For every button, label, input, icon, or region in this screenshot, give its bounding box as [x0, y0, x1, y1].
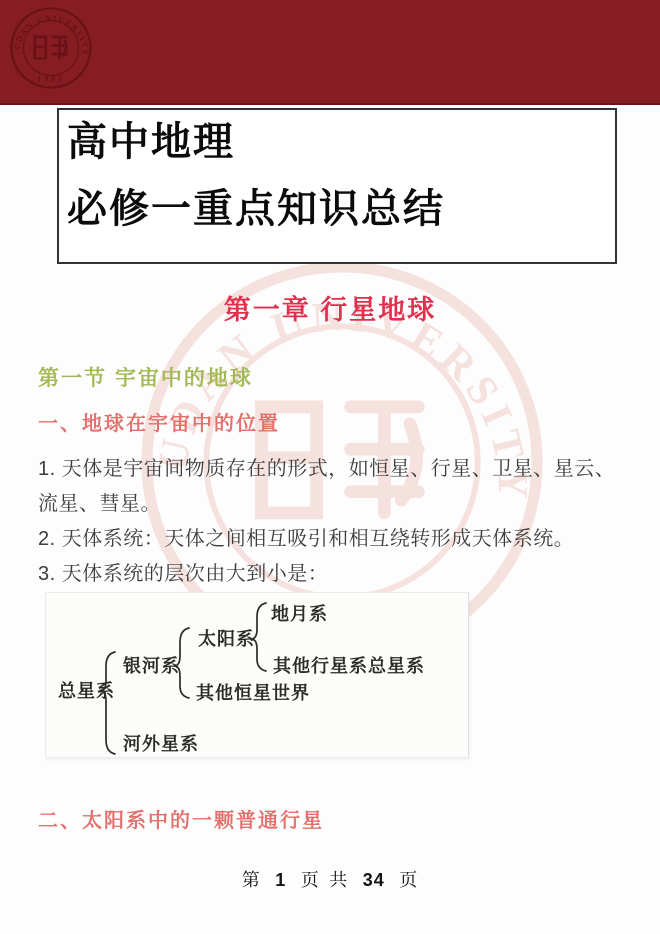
page-footer: 第 1 页 共 34 页	[0, 866, 660, 892]
footer-word-gong: 共	[329, 870, 348, 890]
diagram-node-earth-moon: 地月系	[271, 603, 328, 624]
section-heading: 第一节 宇宙中的地球	[38, 362, 253, 392]
body-item-1: 1. 天体是宇宙间物质存在的形式，如恒星、行星、卫星、星云、流星、彗星。	[38, 452, 630, 522]
document-page: FUDAN UNIVERSITY 1905 高中地理 必修一重点知识总结	[0, 0, 660, 934]
chapter-heading: 第一章 行星地球	[0, 288, 660, 327]
diagram-node-galaxy: 银河系	[123, 655, 180, 676]
footer-word-ye: 页	[301, 870, 320, 890]
subsection-heading-1: 一、地球在宇宙中的位置	[38, 407, 280, 436]
body-text: 1. 天体是宇宙间物质存在的形式，如恒星、行星、卫星、星云、流星、彗星。 2. …	[38, 452, 630, 592]
diagram-node-other-star-worlds: 其他恒星世界	[196, 682, 310, 703]
footer-word-di: 第	[242, 870, 261, 890]
footer-total-pages: 34	[363, 870, 385, 890]
doc-title-line1: 高中地理	[67, 122, 615, 162]
header-band	[0, 0, 660, 105]
fudan-university-seal-icon	[8, 5, 94, 91]
footer-word-ye2: 页	[399, 870, 418, 890]
body-item-3: 3. 天体系统的层次由大到小是：	[38, 557, 630, 592]
diagram-brace-level1	[100, 652, 115, 754]
footer-page-number: 1	[275, 870, 286, 890]
title-box: 高中地理 必修一重点知识总结	[57, 108, 617, 264]
diagram-node-solar-system: 太阳系	[198, 628, 255, 649]
body-item-2: 2. 天体系统：天体之间相互吸引和相互绕转形成天体系统。	[38, 522, 630, 557]
doc-title-line2: 必修一重点知识总结	[67, 189, 615, 229]
diagram-node-other-planetary: 其他行星系总星系	[273, 655, 425, 676]
diagram-node-extragalactic: 河外星系	[123, 733, 199, 754]
celestial-hierarchy-diagram: 总星系 银河系 河外星系 太阳系 其他恒星世界 地月系 其他行星系总星系	[45, 592, 469, 758]
subsection-heading-2: 二、太阳系中的一颗普通行星	[38, 804, 324, 833]
